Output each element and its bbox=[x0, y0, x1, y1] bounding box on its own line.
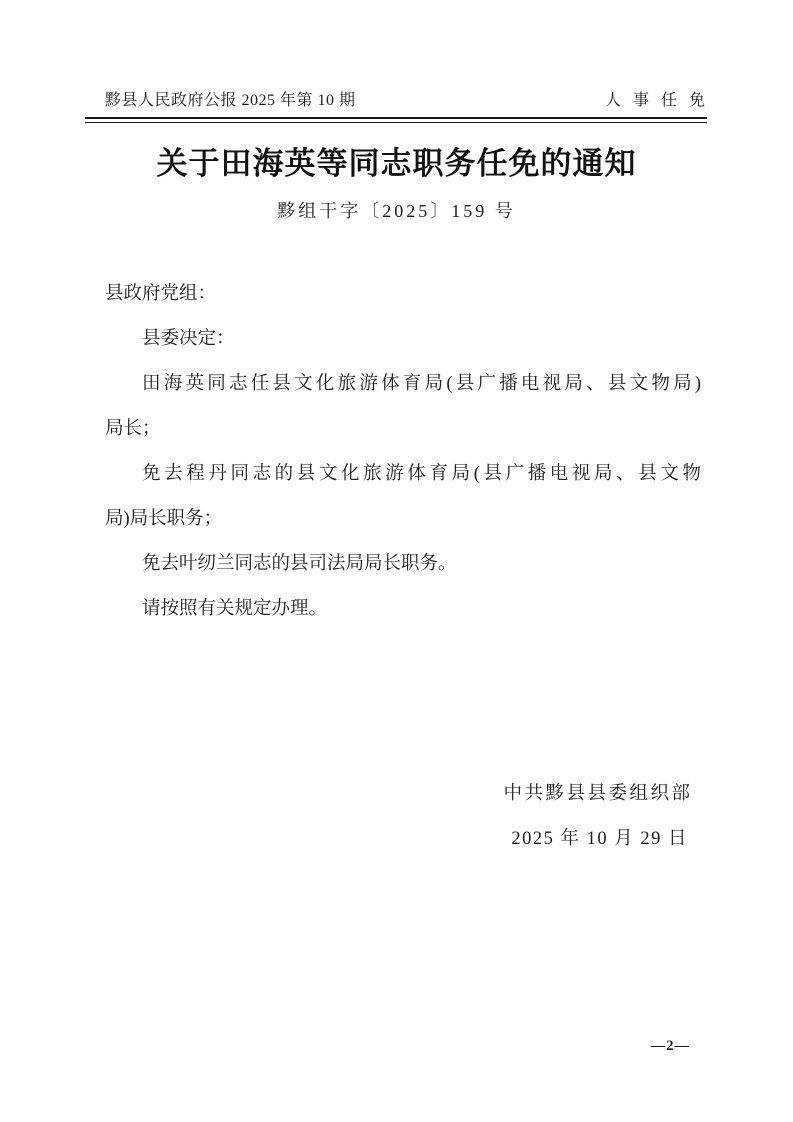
document-page: 黟县人民政府公报 2025 年第 10 期 人事任免 关于田海英等同志职务任免的… bbox=[0, 0, 793, 1122]
body-line-appointment-2: 局长； bbox=[105, 407, 701, 452]
body-line-removal-2: 免去叶纫兰同志的县司法局局长职务。 bbox=[105, 542, 701, 587]
body-line-appointment-1: 田海英同志任县文化旅游体育局(县广播电视局、县文物局) bbox=[105, 362, 701, 407]
signature-date: 2025 年 10 月 29 日 bbox=[105, 817, 701, 862]
header-rule-divider bbox=[85, 117, 707, 123]
page-number: —2— bbox=[651, 1036, 690, 1056]
header-publication-title: 黟县人民政府公报 2025 年第 10 期 bbox=[105, 88, 356, 114]
document-number: 黟组干字〔2025〕159 号 bbox=[0, 197, 793, 225]
body-line-removal-1a: 免去程丹同志的县文化旅游体育局(县广播电视局、县文物 bbox=[105, 452, 701, 497]
body-line-salutation: 县政府党组： bbox=[105, 272, 701, 317]
body-line-closing: 请按照有关规定办理。 bbox=[105, 587, 701, 632]
body-line-decision: 县委决定： bbox=[105, 317, 701, 362]
header-section-label: 人事任免 bbox=[605, 88, 717, 114]
header-row: 黟县人民政府公报 2025 年第 10 期 人事任免 bbox=[85, 88, 707, 114]
signature-organization: 中共黟县县委组织部 bbox=[105, 772, 704, 817]
page-header: 黟县人民政府公报 2025 年第 10 期 人事任免 bbox=[85, 88, 707, 123]
document-body: 县政府党组： 县委决定： 田海英同志任县文化旅游体育局(县广播电视局、县文物局)… bbox=[105, 272, 701, 632]
document-title: 关于田海英等同志职务任免的通知 bbox=[0, 144, 793, 184]
signature-block: 中共黟县县委组织部 2025 年 10 月 29 日 bbox=[105, 772, 701, 862]
body-line-removal-1b: 局)局长职务； bbox=[105, 497, 701, 542]
